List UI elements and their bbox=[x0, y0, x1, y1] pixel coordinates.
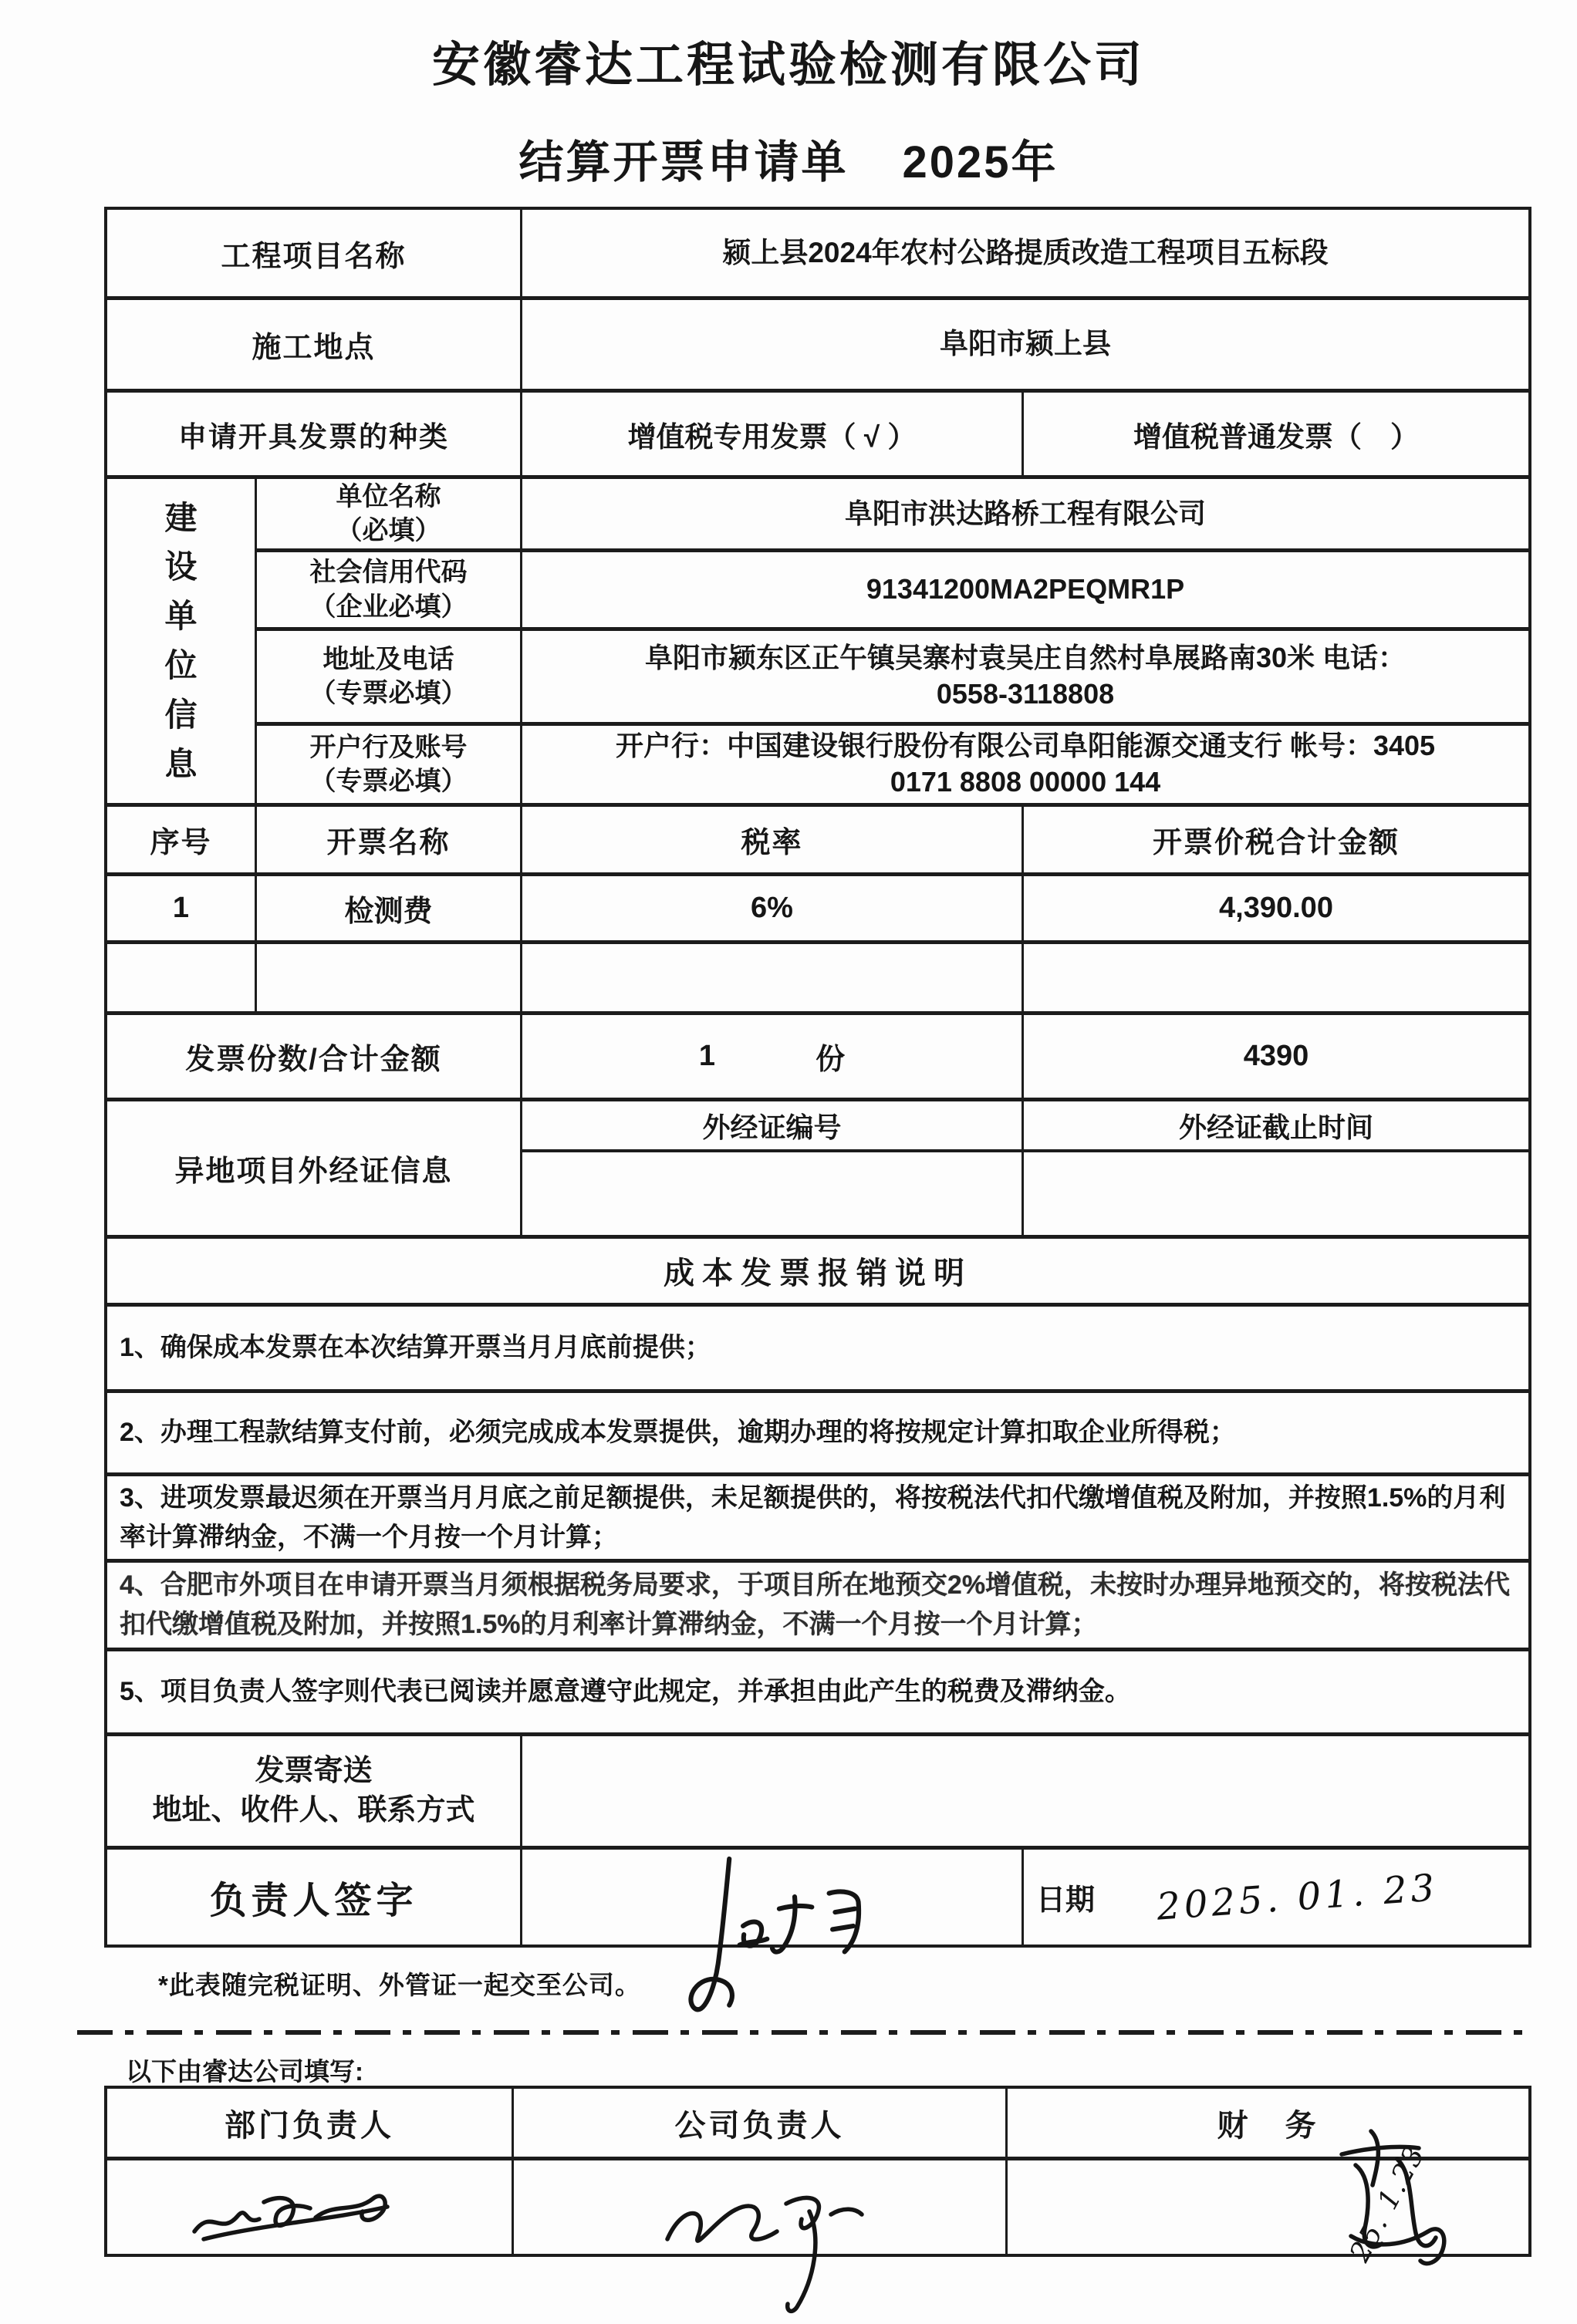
cost-note-4: 4、合肥市外项目在申请开票当月须根据税务局要求，于项目所在地预交2%增值税，未按… bbox=[107, 1563, 1528, 1648]
cost-note-row-3: 3、进项发票最迟须在开票当月月底之前足额提供，未足额提供的，将按税法代扣代缴增值… bbox=[107, 1476, 1528, 1563]
attachment-note: *此表随完税证明、外管证一起交至公司。 bbox=[158, 1965, 641, 2002]
credit-code-value: 91341200MA2PEQMR1P bbox=[522, 552, 1528, 627]
cost-note-row-2: 2、办理工程款结算支付前，必须完成成本发票提供，逾期办理的将按规定计算扣取企业所… bbox=[107, 1393, 1528, 1476]
bank-account-row: 开户行及账号 （专票必填） 开户行：中国建设银行股份有限公司阜阳能源交通支行 帐… bbox=[257, 726, 1528, 803]
invoice-kind-label: 申请开具发票的种类 bbox=[107, 393, 522, 475]
builder-info-section: 建设单位信息 单位名称 （必填） 阜阳市洪达路桥工程有限公司 社会信用代码 （企… bbox=[107, 479, 1528, 807]
unit-name-row: 单位名称 （必填） 阜阳市洪达路桥工程有限公司 bbox=[257, 479, 1528, 552]
principal-signature bbox=[660, 1853, 884, 2044]
builder-info-side-label: 建设单位信息 bbox=[107, 479, 257, 803]
address-phone-label: 地址及电话 （专票必填） bbox=[257, 631, 522, 722]
invoice-kind-row: 申请开具发票的种类 增值税专用发票（ √ ） 增值税普通发票（ ） bbox=[107, 393, 1528, 479]
item-amount bbox=[1024, 944, 1528, 1011]
invoice-delivery-row: 发票寄送 地址、收件人、联系方式 bbox=[107, 1736, 1528, 1850]
scanned-invoice-request-form: 安徽睿达工程试验检测有限公司 结算开票申请单 2025年 工程项目名称 颍上县2… bbox=[0, 0, 1577, 2324]
invoice-count-cell: 1 份 bbox=[522, 1015, 1024, 1098]
signoff-row: 负责人签字 日期 2025. 01. 23 bbox=[107, 1850, 1528, 1945]
invoice-count: 1 bbox=[699, 1040, 715, 1073]
builder-info-rows: 单位名称 （必填） 阜阳市洪达路桥工程有限公司 社会信用代码 （企业必填） 91… bbox=[257, 479, 1528, 803]
construction-site-label: 施工地点 bbox=[107, 300, 522, 389]
form-year: 2025年 bbox=[902, 126, 1058, 191]
dept-manager-signature bbox=[177, 2171, 416, 2264]
item-no: 1 bbox=[107, 876, 257, 940]
summary-amount: 4390 bbox=[1024, 1015, 1528, 1098]
delivery-label: 发票寄送 地址、收件人、联系方式 bbox=[107, 1736, 522, 1846]
col-header-amount: 开票价税合计金额 bbox=[1024, 807, 1528, 872]
invoice-kind-special-option: 增值税专用发票（ √ ） bbox=[522, 393, 1024, 475]
dash-dot-divider bbox=[77, 2030, 1535, 2035]
approval-signature-row bbox=[107, 2160, 1528, 2254]
form-title-line: 结算开票申请单 2025年 bbox=[0, 126, 1577, 191]
unit-name-value: 阜阳市洪达路桥工程有限公司 bbox=[522, 479, 1528, 548]
construction-site-value: 阜阳市颍上县 bbox=[522, 300, 1528, 389]
item-amount: 4,390.00 bbox=[1024, 876, 1528, 940]
company-title: 安徽睿达工程试验检测有限公司 bbox=[0, 0, 1577, 95]
cost-note-3: 3、进项发票最迟须在开票当月月底之前足额提供，未足额提供的，将按税法代扣代缴增值… bbox=[107, 1476, 1528, 1559]
approval-table: 部门负责人 公司负责人 财 务 bbox=[104, 2086, 1531, 2257]
cost-note-1: 1、确保成本发票在本次结算开票当月月底前提供； bbox=[107, 1307, 1528, 1389]
cert-deadline-value bbox=[1024, 1152, 1528, 1235]
external-cert-header-row: 外经证编号 外经证截止时间 bbox=[522, 1101, 1528, 1152]
main-form-table: 工程项目名称 颍上县2024年农村公路提质改造工程项目五标段 施工地点 阜阳市颍… bbox=[104, 207, 1531, 1948]
finance-header: 财 务 bbox=[1008, 2089, 1528, 2157]
bank-account-value: 开户行：中国建设银行股份有限公司阜阳能源交通支行 帐号：3405 0171 88… bbox=[522, 726, 1528, 803]
cost-note-5: 5、项目负责人签字则代表已阅读并愿意遵守此规定，并承担由此产生的税费及滞纳金。 bbox=[107, 1651, 1528, 1732]
cost-note-row-1: 1、确保成本发票在本次结算开票当月月底前提供； bbox=[107, 1307, 1528, 1393]
item-row: 1 检测费 6% 4,390.00 bbox=[107, 876, 1528, 944]
items-header-row: 序号 开票名称 税率 开票价税合计金额 bbox=[107, 807, 1528, 876]
cert-number-value bbox=[522, 1152, 1024, 1235]
date-label: 日期 bbox=[1036, 1876, 1095, 1918]
company-fill-note: 以下由睿达公司填写: bbox=[126, 2052, 363, 2088]
item-rate bbox=[522, 944, 1024, 1011]
project-name-value: 颍上县2024年农村公路提质改造工程项目五标段 bbox=[522, 210, 1528, 296]
col-header-no: 序号 bbox=[107, 807, 257, 872]
approval-header-row: 部门负责人 公司负责人 财 务 bbox=[107, 2089, 1528, 2160]
invoice-kind-general-option: 增值税普通发票（ ） bbox=[1024, 393, 1528, 475]
invoice-count-unit: 份 bbox=[816, 1035, 845, 1078]
item-name: 检测费 bbox=[257, 876, 522, 940]
unit-name-label: 单位名称 （必填） bbox=[257, 479, 522, 548]
cost-notes-title: 成本发票报销说明 bbox=[107, 1239, 1528, 1303]
external-cert-label: 异地项目外经证信息 bbox=[107, 1101, 522, 1235]
construction-site-row: 施工地点 阜阳市颍上县 bbox=[107, 300, 1528, 393]
company-manager-header: 公司负责人 bbox=[514, 2089, 1008, 2157]
item-row bbox=[107, 944, 1528, 1015]
project-name-label: 工程项目名称 bbox=[107, 210, 522, 296]
form-title: 结算开票申请单 bbox=[518, 126, 848, 191]
finance-signature-cell bbox=[1008, 2160, 1528, 2254]
handwritten-date: 2025. 01. 23 bbox=[1156, 1866, 1440, 1928]
cost-notes-title-row: 成本发票报销说明 bbox=[107, 1239, 1528, 1307]
external-cert-section: 异地项目外经证信息 外经证编号 外经证截止时间 bbox=[107, 1101, 1528, 1239]
item-name bbox=[257, 944, 522, 1011]
item-rate: 6% bbox=[522, 876, 1024, 940]
date-cell: 日期 2025. 01. 23 bbox=[1024, 1850, 1528, 1945]
address-phone-value: 阜阳市颍东区正午镇吴寨村袁吴庄自然村阜展路南30米 电话： 0558-31188… bbox=[522, 631, 1528, 722]
cost-note-row-5: 5、项目负责人签字则代表已阅读并愿意遵守此规定，并承担由此产生的税费及滞纳金。 bbox=[107, 1651, 1528, 1736]
project-name-row: 工程项目名称 颍上县2024年农村公路提质改造工程项目五标段 bbox=[107, 210, 1528, 300]
principal-signature-cell bbox=[522, 1850, 1024, 1945]
credit-code-label: 社会信用代码 （企业必填） bbox=[257, 552, 522, 627]
dept-manager-signature-cell bbox=[107, 2160, 514, 2254]
external-cert-rows: 外经证编号 外经证截止时间 bbox=[522, 1101, 1528, 1235]
col-header-rate: 税率 bbox=[522, 807, 1024, 872]
col-header-name: 开票名称 bbox=[257, 807, 522, 872]
delivery-value bbox=[522, 1736, 1528, 1846]
company-manager-signature-cell bbox=[514, 2160, 1008, 2254]
dept-manager-header: 部门负责人 bbox=[107, 2089, 514, 2157]
address-phone-row: 地址及电话 （专票必填） 阜阳市颍东区正午镇吴寨村袁吴庄自然村阜展路南30米 电… bbox=[257, 631, 1528, 726]
cost-note-2: 2、办理工程款结算支付前，必须完成成本发票提供，逾期办理的将按规定计算扣取企业所… bbox=[107, 1393, 1528, 1472]
company-manager-signature bbox=[645, 2165, 900, 2319]
bank-account-label: 开户行及账号 （专票必填） bbox=[257, 726, 522, 803]
cost-note-row-4: 4、合肥市外项目在申请开票当月须根据税务局要求，于项目所在地预交2%增值税，未按… bbox=[107, 1563, 1528, 1651]
principal-sign-label: 负责人签字 bbox=[107, 1850, 522, 1945]
invoice-summary-row: 发票份数/合计金额 1 份 4390 bbox=[107, 1015, 1528, 1101]
external-cert-value-row bbox=[522, 1152, 1528, 1235]
item-no bbox=[107, 944, 257, 1011]
cert-deadline-header: 外经证截止时间 bbox=[1024, 1101, 1528, 1149]
summary-label: 发票份数/合计金额 bbox=[107, 1015, 522, 1098]
credit-code-row: 社会信用代码 （企业必填） 91341200MA2PEQMR1P bbox=[257, 552, 1528, 631]
cert-number-header: 外经证编号 bbox=[522, 1101, 1024, 1149]
